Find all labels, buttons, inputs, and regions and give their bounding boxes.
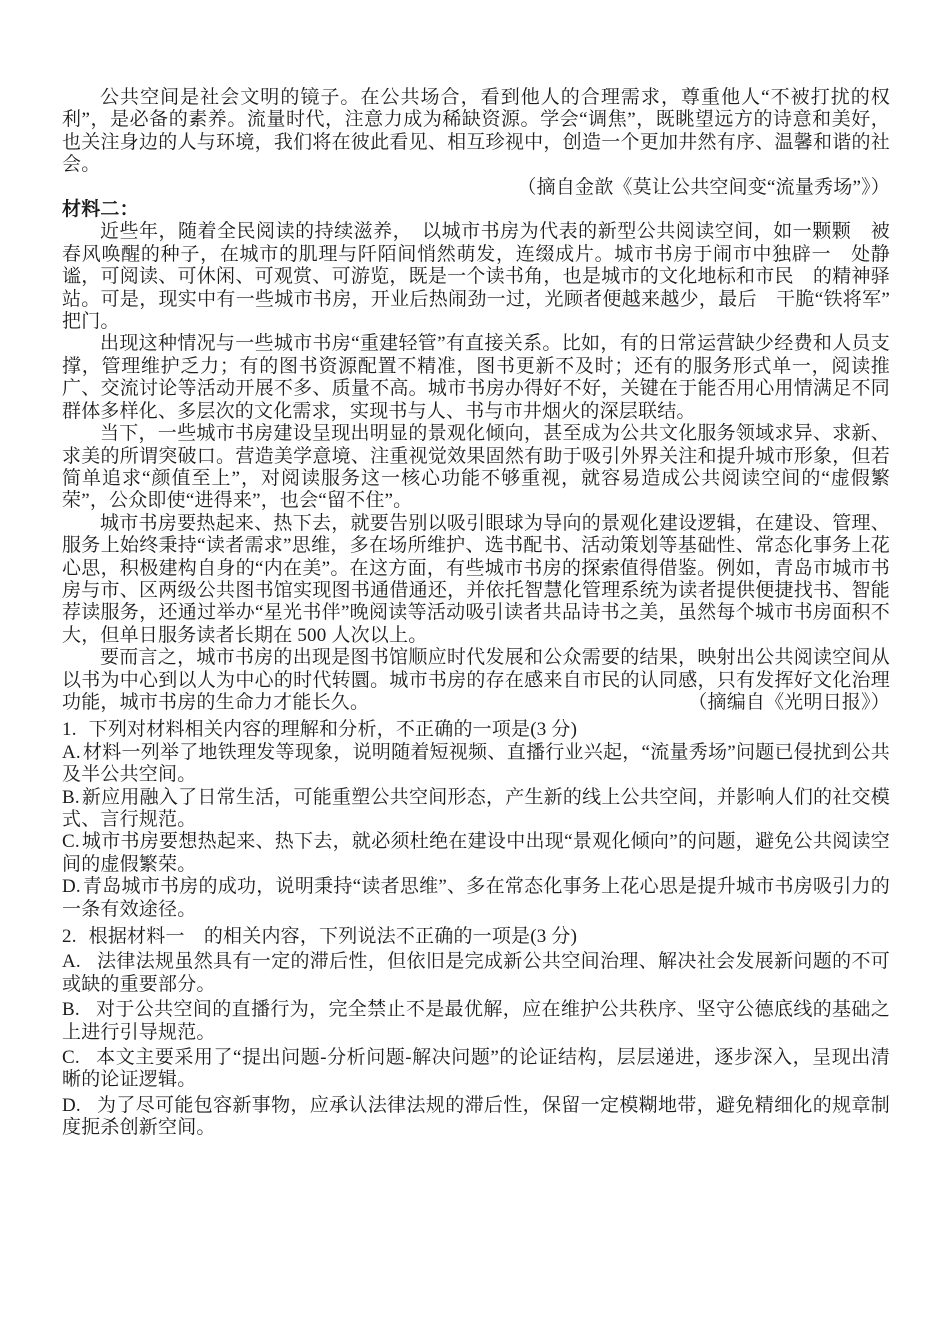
material-two-paragraph-2: 出现这种情况与一些城市书房“重建轻管”有直接关系。比如，有的日常运营缺少经费和人… bbox=[62, 333, 890, 423]
question-2: 2.根据材料一 的相关内容，下列说法不正确的一项是(3 分) A.法律法规虽然具… bbox=[62, 926, 890, 1140]
question-2-number: 2. bbox=[62, 926, 77, 947]
question-2-option-c-label: C. bbox=[62, 1047, 80, 1068]
material-two-heading: 材料二： bbox=[62, 199, 890, 221]
question-1-option-c-label: C. bbox=[62, 831, 80, 852]
question-1-option-a: A.材料一列举了地铁理发等现象，说明随着短视频、直播行业兴起，“流量秀场”问题已… bbox=[62, 742, 890, 787]
material-two-paragraph-3: 当下，一些城市书房建设呈现出明显的景观化倾向，甚至成为公共文化服务领域求异、求新… bbox=[62, 423, 890, 513]
question-2-option-a: A.法律法规虽然具有一定的滞后性，但依旧是完成新公共空间治理、解决社会发展新问题… bbox=[62, 951, 890, 996]
exam-paper-page: 公共空间是社会文明的镜子。在公共场合，看到他人的合理需求，尊重他人“不被打扰的权… bbox=[0, 0, 950, 1344]
question-1-option-a-label: A. bbox=[62, 742, 81, 763]
material-two-paragraph-1: 近些年，随着全民阅读的持续滋养， 以城市书房为代表的新型公共阅读空间，如一颗颗 … bbox=[62, 221, 890, 333]
question-2-option-b: B.对于公共空间的直播行为，完全禁止不是最优解，应在维护公共秩序、坚守公德底线的… bbox=[62, 999, 890, 1044]
question-1-option-d-text: 青岛城市书房的成功，说明秉持“读者思维”、多在常态化事务上花心思是提升城市书房吸… bbox=[62, 876, 909, 919]
question-1-option-b: B.新应用融入了日常生活，可能重塑公共空间形态，产生新的线上公共空间，并影响人们… bbox=[62, 787, 890, 832]
question-2-stem: 2.根据材料一 的相关内容，下列说法不正确的一项是(3 分) bbox=[62, 926, 890, 948]
question-1-option-b-text: 新应用融入了日常生活，可能重塑公共空间形态，产生新的线上公共空间，并影响人们的社… bbox=[62, 787, 890, 830]
question-2-option-d: D.为了尽可能包容新事物，应承认法律法规的滞后性，保留一定模糊地带，避免精细化的… bbox=[62, 1095, 890, 1140]
question-1-stem: 1.下列对材料相关内容的理解和分析，不正确的一项是(3 分) bbox=[62, 719, 890, 741]
question-1-option-d-label: D. bbox=[62, 876, 81, 897]
question-1-option-b-label: B. bbox=[62, 787, 80, 808]
question-2-option-b-label: B. bbox=[62, 999, 80, 1020]
question-1-stem-text: 下列对材料相关内容的理解和分析，不正确的一项是(3 分) bbox=[89, 719, 578, 740]
material-one-attribution: （摘自金歆《莫让公共空间变“流量秀场”》） bbox=[62, 177, 890, 199]
material-one-section: 公共空间是社会文明的镜子。在公共场合，看到他人的合理需求，尊重他人“不被打扰的权… bbox=[62, 87, 890, 199]
question-1-option-d: D.青岛城市书房的成功，说明秉持“读者思维”、多在常态化事务上花心思是提升城市书… bbox=[62, 876, 890, 921]
question-2-option-c-text: 本文主要采用了“提出问题-分析问题-解决问题”的论证结构，层层递进，逐步深入，呈… bbox=[62, 1047, 890, 1090]
material-one-paragraph: 公共空间是社会文明的镜子。在公共场合，看到他人的合理需求，尊重他人“不被打扰的权… bbox=[62, 87, 890, 177]
question-2-option-d-label: D. bbox=[62, 1095, 81, 1116]
question-2-option-d-text: 为了尽可能包容新事物，应承认法律法规的滞后性，保留一定模糊地带，避免精细化的规章… bbox=[62, 1095, 890, 1138]
question-1-option-a-text: 材料一列举了地铁理发等现象，说明随着短视频、直播行业兴起，“流量秀场”问题已侵扰… bbox=[62, 742, 909, 785]
question-2-stem-text: 根据材料一 的相关内容，下列说法不正确的一项是(3 分) bbox=[89, 926, 578, 947]
question-2-option-b-text: 对于公共空间的直播行为，完全禁止不是最优解，应在维护公共秩序、坚守公德底线的基础… bbox=[62, 999, 890, 1042]
material-two-section: 材料二： 近些年，随着全民阅读的持续滋养， 以城市书房为代表的新型公共阅读空间，… bbox=[62, 199, 890, 714]
question-1: 1.下列对材料相关内容的理解和分析，不正确的一项是(3 分) A.材料一列举了地… bbox=[62, 719, 890, 921]
question-1-option-c-text: 城市书房要想热起来、热下去，就必须杜绝在建设中出现“景观化倾向”的问题，避免公共… bbox=[62, 831, 890, 874]
question-1-number: 1. bbox=[62, 719, 77, 740]
question-2-option-c: C.本文主要采用了“提出问题-分析问题-解决问题”的论证结构，层层递进，逐步深入… bbox=[62, 1047, 890, 1092]
question-2-option-a-text: 法律法规虽然具有一定的滞后性，但依旧是完成新公共空间治理、解决社会发展新问题的不… bbox=[62, 951, 890, 994]
question-1-option-c: C.城市书房要想热起来、热下去，就必须杜绝在建设中出现“景观化倾向”的问题，避免… bbox=[62, 831, 890, 876]
material-two-paragraph-4: 城市书房要热起来、热下去，就要告别以吸引眼球为导向的景观化建设逻辑，在建设、管理… bbox=[62, 513, 890, 647]
question-2-option-a-label: A. bbox=[62, 951, 81, 972]
